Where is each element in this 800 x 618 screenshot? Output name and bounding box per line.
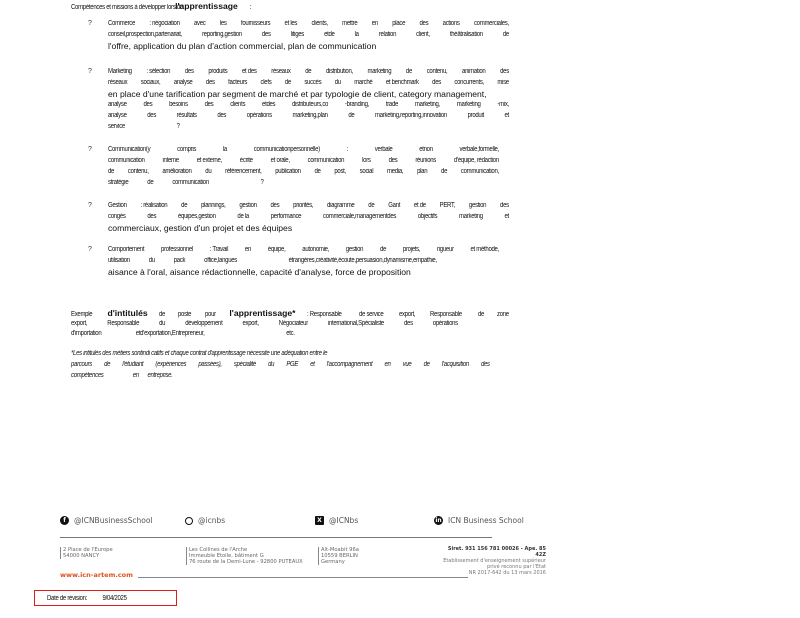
word: opérations (247, 112, 272, 119)
word: poste (178, 311, 191, 318)
word: de (380, 246, 386, 253)
word: publication (275, 168, 300, 175)
word: clients (230, 101, 245, 108)
word: besoins (169, 101, 188, 108)
footer-divider (60, 537, 492, 538)
word: compétences (71, 372, 104, 379)
word: des (500, 68, 509, 75)
word: plannings, (201, 202, 225, 209)
website-link[interactable]: www.icn-artem.com (60, 571, 133, 579)
word: des (206, 79, 215, 86)
word: communication (172, 179, 209, 186)
word: écrite (240, 157, 253, 164)
word: clients, (311, 20, 327, 27)
word: : Travail (210, 246, 228, 253)
address-line: Germany (321, 559, 359, 565)
word: de (368, 202, 374, 209)
word: -branding, (345, 101, 369, 108)
linkedin-icon: in (434, 516, 443, 525)
competence-line: réseauxsociaux,analysedesfacteursclefsde… (108, 79, 509, 86)
word: office,langues (204, 257, 237, 264)
word: mise (497, 79, 509, 86)
word: de (478, 311, 484, 318)
word: fournisseurs (241, 20, 270, 27)
word: autonomie, (302, 246, 329, 253)
word: des (500, 202, 509, 209)
word: contenu, (128, 168, 149, 175)
social-handle: @ICNbs (329, 516, 358, 525)
competence-line: en place d'une tarification par segment … (108, 89, 487, 99)
word: référencement, (225, 168, 261, 175)
word: marketing,reporting,innovation (375, 112, 447, 119)
word: etdes (262, 101, 275, 108)
word: des (205, 101, 214, 108)
document-page: Compétences et missions à développer lor… (0, 0, 800, 618)
competence-line: conseil,prospection,partenariat,reportin… (108, 31, 509, 38)
word: Gestion (108, 202, 127, 209)
social-handle: @ICNBusinessSchool (74, 516, 153, 525)
word: d'importation (71, 330, 101, 337)
word: projets, (403, 246, 420, 253)
word: Négociateur (279, 320, 308, 327)
word: etde (324, 31, 335, 38)
word: de (348, 112, 354, 119)
word: PGE (286, 361, 298, 368)
word: verbale (375, 146, 393, 153)
word: objectifs (418, 213, 437, 220)
word: ? (177, 123, 180, 130)
word: et les (285, 20, 298, 27)
word: pour (205, 311, 216, 318)
heading-bold: l'apprentissage (175, 1, 238, 11)
word: des (432, 79, 441, 86)
social-link[interactable]: inICN Business School (434, 516, 524, 525)
word: Responsable (430, 311, 462, 318)
word: de (159, 311, 165, 318)
word: media, (387, 168, 403, 175)
competence-line: analysedesbesoinsdesclientsetdesdistribu… (108, 101, 509, 108)
word: export, (242, 320, 258, 327)
word: et de (414, 202, 426, 209)
word: parcours (71, 361, 92, 368)
word: du (159, 320, 165, 327)
word: mettre (342, 20, 357, 27)
word: la (355, 31, 359, 38)
competence-line: decontenu,améliorationduréférencement,pu… (108, 168, 499, 175)
social-links: f@ICNBusinessSchool@icnbsX@ICNbsinICN Bu… (60, 516, 560, 530)
word: des (389, 157, 398, 164)
word: gestion (346, 246, 363, 253)
word: relation (379, 31, 396, 38)
siret-number: Siret. 931 156 781 00026 - Ape. 85 42Z (448, 546, 546, 558)
campus-address: Les Collines de l'ArcheImmeuble Etoile, … (186, 547, 303, 565)
campus-address: 2 Place de l'Europe54000 NANCY (60, 547, 113, 559)
word: marketing (459, 213, 483, 220)
word: distribution, (326, 68, 353, 75)
word: lors (362, 157, 371, 164)
competence-line: congésdeséquipes,gestionde laperformance… (108, 213, 509, 220)
word: : (347, 146, 348, 153)
word: et externe, (197, 157, 222, 164)
word: vue (403, 361, 412, 368)
word: sociaux, (141, 79, 161, 86)
word: reporting,gestion (202, 31, 242, 38)
word: et méthode, (470, 246, 498, 253)
word: la (223, 146, 227, 153)
word: et (310, 361, 314, 368)
social-handle: @icnbs (198, 516, 225, 525)
social-handle: ICN Business School (448, 516, 524, 525)
word: des (147, 213, 156, 220)
word: de (181, 202, 187, 209)
word: du (205, 168, 211, 175)
word: équipes,gestion (178, 213, 216, 220)
legal-line: NR 2017-642 du 13 mars 2016 (442, 570, 546, 576)
word: de (503, 31, 509, 38)
word: Marketing (108, 68, 132, 75)
word: amélioration (162, 168, 191, 175)
word: utilisation (108, 257, 130, 264)
word: des (404, 320, 413, 327)
legal-info: Siret. 931 156 781 00026 - Ape. 85 42Z E… (442, 546, 546, 576)
word: litiges (291, 31, 304, 38)
revision-label: Date de révision:9/04/2025 (47, 595, 127, 602)
word: export, (399, 311, 415, 318)
competence-line: Gestion: réalisationdeplannings,gestiond… (108, 202, 509, 209)
word: gestion (469, 202, 486, 209)
word: marketing,plan (292, 112, 327, 119)
word: pack (174, 257, 186, 264)
word: de (314, 168, 320, 175)
word: : sélection (146, 68, 170, 75)
word: place (392, 20, 405, 27)
address-line: 54000 NANCY (63, 553, 113, 559)
word: etd'exportation,Entrepreneur, (136, 330, 205, 337)
word: facteurs (228, 79, 247, 86)
word: gestion (239, 202, 256, 209)
word: Commerce (108, 20, 135, 27)
word: service (108, 123, 125, 130)
word: communication (108, 157, 145, 164)
word: produits (208, 68, 227, 75)
social-link[interactable]: f@ICNBusinessSchool (60, 516, 153, 525)
word: -mix, (497, 101, 509, 108)
word: l'acquisition (442, 361, 469, 368)
word: marketing (457, 101, 481, 108)
word: compris (177, 146, 196, 153)
word: stratégie (108, 179, 128, 186)
word: de (285, 79, 291, 86)
word: réseaux (108, 79, 127, 86)
word: commerciales, (474, 20, 509, 27)
word: de la (237, 213, 249, 220)
address-line: 76 route de la Demi-Lune - 92800 PUTEAUX (189, 559, 303, 565)
competence-line: commerciaux, gestion d'un projet et des … (108, 223, 292, 233)
competence-line: Comportementprofessionnel: Travailenéqui… (108, 246, 499, 253)
word: de (406, 68, 412, 75)
word: animation (462, 68, 485, 75)
competence-line: service? (108, 123, 199, 130)
heading-prefix: Compétences et missions à développer lor… (71, 4, 183, 11)
word: du (335, 79, 341, 86)
word: distributeurs,co (292, 101, 328, 108)
word: et benchmark (386, 79, 419, 86)
word: : Responsable (307, 311, 342, 318)
competence-line: Communication(ycomprislacommunicationper… (108, 146, 499, 153)
bullet-marker: ? (88, 246, 92, 253)
word: analyse (108, 112, 127, 119)
word: actions (443, 20, 460, 27)
word: Comportement (108, 246, 144, 253)
competence-line: utilisationdupackoffice,languesétrangère… (108, 257, 456, 264)
section-heading: Compétences et missions à développer lor… (71, 1, 251, 11)
word: priorités, (293, 202, 313, 209)
competence-line: Commerce: négociationaveclesfournisseurs… (108, 20, 509, 27)
word: concurrents, (454, 79, 484, 86)
word: des (262, 31, 271, 38)
website-divider (138, 577, 468, 578)
word: de (424, 361, 430, 368)
bullet-marker: ? (88, 20, 92, 27)
word: etnon (419, 146, 433, 153)
word: du (149, 257, 155, 264)
word: marché (354, 79, 372, 86)
word: des (147, 112, 156, 119)
bullet-marker: ? (88, 146, 92, 153)
word: Exemple (71, 311, 92, 318)
keyword: d'intitulés (107, 308, 147, 318)
word: (expériences (155, 361, 186, 368)
word: verbale,formelle, (460, 146, 499, 153)
word: client, (416, 31, 430, 38)
word: réseaux (271, 68, 290, 75)
bullet-marker: ? (88, 202, 92, 209)
word: de (108, 168, 114, 175)
word: professionnel (161, 246, 193, 253)
word: de (441, 168, 447, 175)
revision-date-box: Date de révision:9/04/2025 (34, 590, 177, 606)
word: de (104, 361, 110, 368)
word: Gant (388, 202, 400, 209)
social-link[interactable]: @icnbs (185, 516, 225, 525)
word: analyse (174, 79, 193, 86)
word: de (147, 179, 153, 186)
word: des (185, 68, 194, 75)
word: analyse (108, 101, 127, 108)
word: succès (304, 79, 321, 86)
competence-line: l'offre, application du plan d'action co… (108, 41, 376, 51)
bullet-marker: ? (88, 68, 92, 75)
word: en (372, 20, 378, 27)
keyword: l'apprentissage* (229, 308, 295, 318)
instagram-icon (185, 517, 193, 525)
word: : négociation (149, 20, 179, 27)
word: d'équipe, rédaction (454, 157, 499, 164)
word: plan (417, 168, 427, 175)
word: résultats (177, 112, 197, 119)
word: conseil,prospection,partenariat, (108, 31, 182, 38)
word: clefs (261, 79, 272, 86)
word: développement (185, 320, 222, 327)
competence-line: communicationinterneet externe,écriteet … (108, 157, 499, 164)
x-twitter-icon: X (315, 516, 324, 525)
word: théâtralisation (450, 31, 483, 38)
word: international,Spécialiste (328, 320, 384, 327)
word: marketing, (415, 101, 440, 108)
word: spécialité (234, 361, 256, 368)
word: export, (71, 320, 87, 327)
word: Responsable (107, 320, 139, 327)
word: équipe, (268, 246, 286, 253)
heading-suffix: : (250, 4, 252, 11)
word: de service (359, 311, 383, 318)
word: performance (271, 213, 301, 220)
word: opérations (433, 320, 458, 327)
word: rigueur (437, 246, 454, 253)
word: du (268, 361, 274, 368)
word: les (220, 20, 227, 27)
word: et (504, 112, 508, 119)
word: : réalisation (140, 202, 167, 209)
word: marketing (368, 68, 392, 75)
word: des (217, 112, 226, 119)
word: contenu, (427, 68, 448, 75)
revision-date: 9/04/2025 (103, 595, 127, 602)
word: des (143, 101, 152, 108)
word: en (245, 246, 251, 253)
word: en (133, 372, 139, 379)
social-link[interactable]: X@ICNbs (315, 516, 358, 525)
word: en (384, 361, 390, 368)
word: post, (334, 168, 346, 175)
word: l'accompagnement (327, 361, 373, 368)
word: étrangères,créativité,écoute,persuasion,… (289, 257, 437, 264)
word: PERT, (440, 202, 455, 209)
word: etc. (286, 330, 295, 337)
word: communication (308, 157, 345, 164)
word: trade (386, 101, 398, 108)
word: diagramme (327, 202, 354, 209)
competence-line: Marketing: sélectiondesproduitset desrés… (108, 68, 509, 75)
word: communication, (461, 168, 499, 175)
word: ? (261, 179, 264, 186)
competence-line: stratégiedecommunication? (108, 179, 282, 186)
word: entreprise. (147, 372, 172, 379)
word: réunions (415, 157, 436, 164)
word: et des (242, 68, 257, 75)
word: interne (163, 157, 179, 164)
word: communicationpersonnelle) (254, 146, 320, 153)
word: et orale, (271, 157, 290, 164)
competence-line: analysedesrésultatsdesopérationsmarketin… (108, 112, 509, 119)
facebook-icon: f (60, 516, 69, 525)
word: Communication(y (108, 146, 150, 153)
word: zone (497, 311, 509, 318)
word: des (271, 202, 280, 209)
word: l'étudiant (122, 361, 143, 368)
word: des (481, 361, 490, 368)
word: de (305, 68, 311, 75)
word: congés (108, 213, 126, 220)
campus-address: Alt-Moabit 96a10559 BERLINGermany (318, 547, 359, 565)
competence-line: aisance à l'oral, aisance rédactionnelle… (108, 267, 411, 277)
word: des (419, 20, 428, 27)
word: et (505, 213, 509, 220)
word: avec (194, 20, 206, 27)
word: passées), (198, 361, 221, 368)
word: commerciale,managementdes (323, 213, 396, 220)
word: social (360, 168, 374, 175)
footnote-line-1: *Les intitulés des métiers sontindi cati… (71, 350, 327, 357)
word: produit (468, 112, 484, 119)
